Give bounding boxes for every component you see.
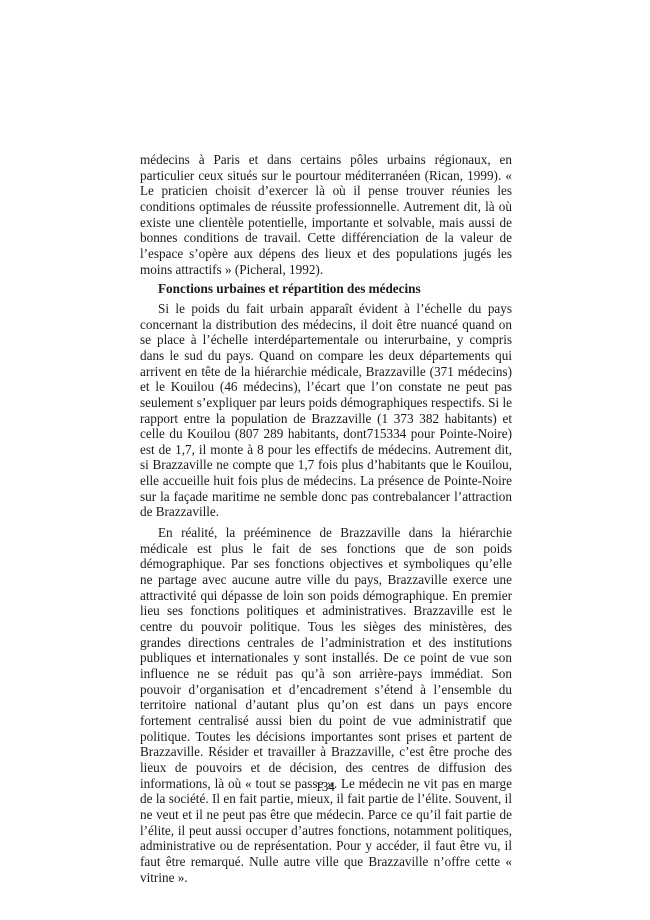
paragraph-urban-weight: Si le poids du fait urbain apparaît évid…: [140, 301, 512, 520]
section-heading: Fonctions urbaines et répartition des mé…: [140, 281, 512, 297]
page-body: médecins à Paris et dans certains pôles …: [140, 152, 512, 885]
paragraph-brazzaville-functions: En réalité, la prééminence de Brazzavill…: [140, 525, 512, 885]
page-number: 134: [0, 779, 650, 794]
paragraph-intro-continuation: médecins à Paris et dans certains pôles …: [140, 152, 512, 277]
